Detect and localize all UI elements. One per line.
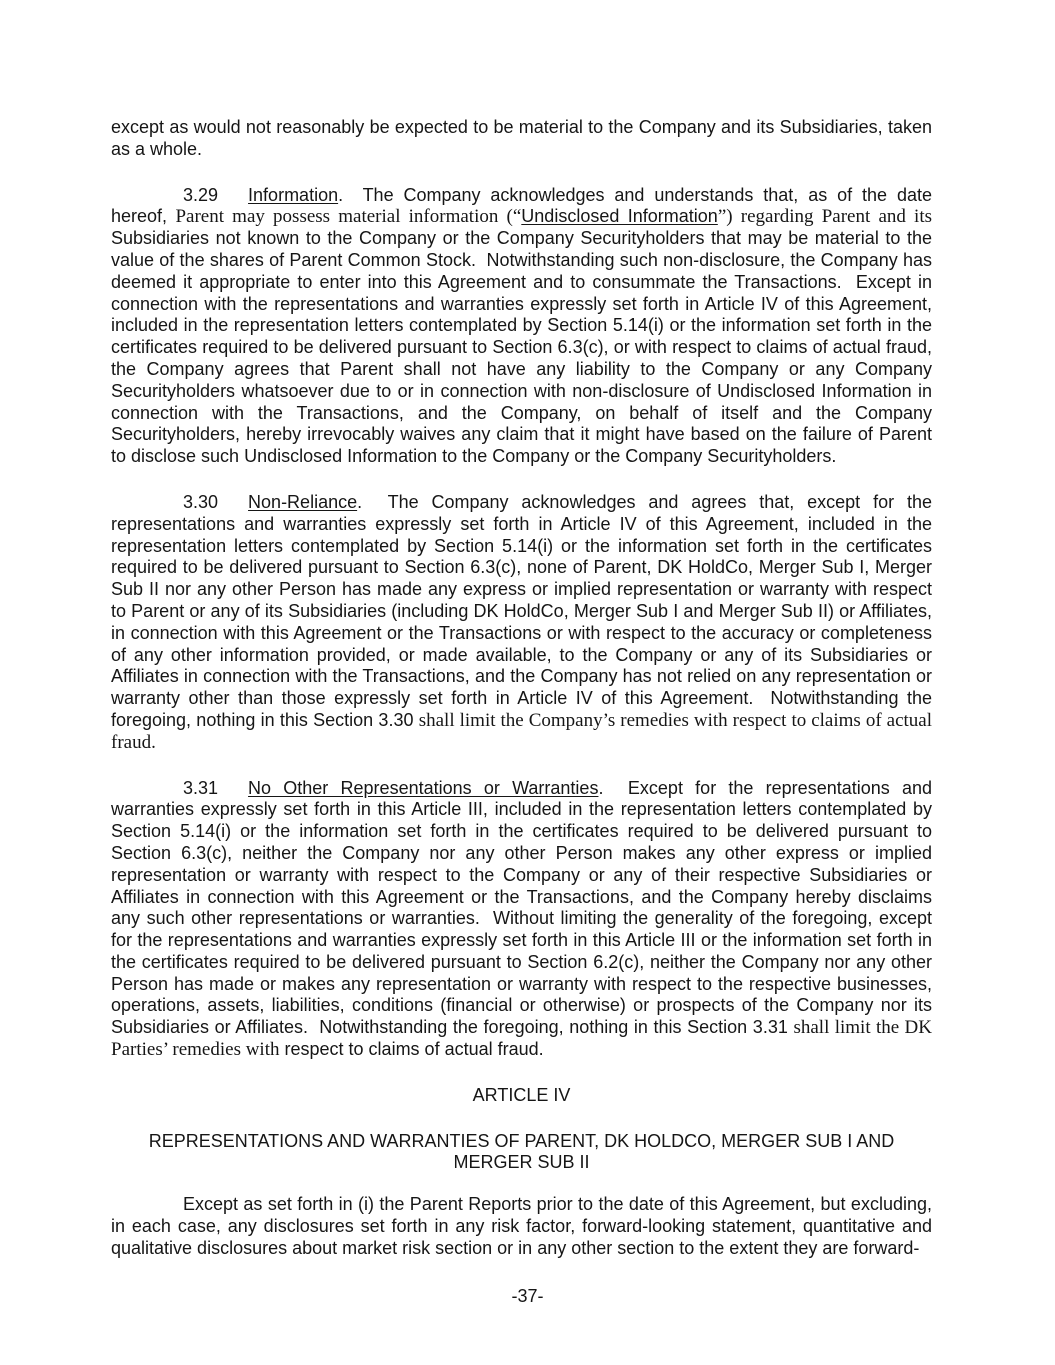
defined-term: Undisclosed Information	[521, 206, 718, 226]
section-text-serif: ”) regarding Parent and its	[718, 206, 932, 227]
paragraph-text: Except as set forth in (i) the Parent Re…	[111, 1194, 932, 1258]
page-content: except as would not reasonably be expect…	[111, 0, 932, 1260]
section-3-29: 3.29Information. The Company acknowledge…	[111, 185, 932, 468]
page-number: -37-	[0, 1286, 1055, 1308]
document-page: except as would not reasonably be expect…	[0, 0, 1055, 1365]
section-3-30: 3.30Non-Reliance. The Company acknowledg…	[111, 492, 932, 754]
paragraph-text: except as would not reasonably be expect…	[111, 117, 932, 159]
closing-paragraph: Except as set forth in (i) the Parent Re…	[111, 1194, 932, 1259]
section-number: 3.30	[183, 492, 218, 512]
section-text: . Except for the representations and war…	[111, 778, 932, 1038]
section-heading: Information	[248, 185, 338, 205]
section-heading: Non-Reliance	[248, 492, 357, 512]
article-subtitle: REPRESENTATIONS AND WARRANTIES OF PARENT…	[111, 1131, 932, 1175]
section-3-31: 3.31No Other Representations or Warranti…	[111, 778, 932, 1061]
article-heading: ARTICLE IV	[111, 1085, 932, 1107]
section-text: . The Company acknowledges and agrees th…	[111, 492, 932, 730]
section-number: 3.31	[183, 778, 218, 798]
section-heading: No Other Representations or Warranties	[248, 778, 598, 798]
section-number: 3.29	[183, 185, 218, 205]
section-text: respect to claims of actual fraud.	[285, 1039, 544, 1059]
article-subtitle-line: REPRESENTATIONS AND WARRANTIES OF PARENT…	[111, 1131, 932, 1153]
section-text-serif: Parent may possess material information …	[175, 206, 521, 227]
page-number-text: -37-	[511, 1286, 543, 1306]
article-title: ARTICLE IV	[473, 1085, 571, 1105]
continuation-paragraph: except as would not reasonably be expect…	[111, 0, 932, 161]
article-subtitle-line: MERGER SUB II	[111, 1152, 932, 1174]
section-text: Subsidiaries not known to the Company or…	[111, 228, 932, 466]
